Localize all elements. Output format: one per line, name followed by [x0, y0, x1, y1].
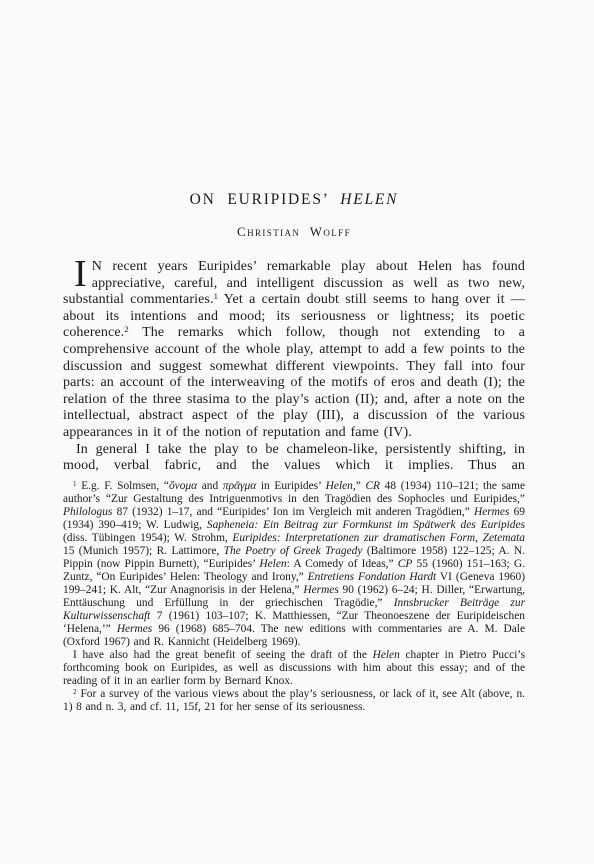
text-run: πρᾶγμα [223, 480, 256, 492]
text-run: CP [398, 558, 413, 570]
text-run: CR [365, 480, 380, 492]
text-run: The remarks which follow, though not ext… [63, 325, 525, 440]
text-run: ON EURIPIDES’ [190, 191, 341, 208]
text-run: Sapheneia: Ein Beitrag zur Formkunst im … [207, 519, 525, 531]
text-run: : A Comedy of Ideas,” [287, 558, 398, 570]
text-run: Helen [326, 480, 353, 492]
text-run: The Poetry of Greek Tragedy [224, 545, 363, 557]
opening-paragraph-text: N recent years Euripides’ remarkable pla… [63, 259, 525, 440]
footnote-2: 2 For a survey of the various views abou… [63, 688, 525, 714]
text-run: Entretiens Fondation Hardt [308, 571, 437, 583]
footnote-1: 1 E.g. F. Solmsen, “ὄνομα and πρᾶγμα in … [63, 480, 525, 649]
text-run: Hermes [117, 623, 152, 635]
opening-paragraph: IN recent years Euripides’ remarkable pl… [63, 259, 525, 442]
drop-cap: I [74, 259, 92, 288]
text-run: Philologus [63, 506, 112, 518]
article-content: ON EURIPIDES’ HELEN Christian Wolff IN r… [63, 191, 525, 714]
author-name: Christian Wolff [63, 224, 525, 240]
text-run: Hermes [474, 506, 509, 518]
footnotes-block: 1 E.g. F. Solmsen, “ὄνομα and πρᾶγμα in … [63, 480, 525, 714]
text-run: HELEN [340, 191, 398, 208]
text-run: 2 [124, 324, 128, 334]
text-run: 1 [214, 291, 218, 301]
text-run: Zetemata [483, 532, 525, 544]
scanned-journal-page: ON EURIPIDES’ HELEN Christian Wolff IN r… [0, 0, 594, 864]
text-run: E.g. F. Solmsen, “ [77, 480, 169, 492]
article-title: ON EURIPIDES’ HELEN [63, 191, 525, 209]
text-run: Hermes [303, 584, 338, 596]
text-run: ,” [353, 480, 366, 492]
text-run: 1 [73, 480, 77, 488]
text-run: ὄνομα [169, 480, 197, 492]
text-run: , [475, 532, 482, 544]
footnote-1-continuation: I have also had the great benefit of see… [63, 649, 525, 688]
text-run: 15 (Munich 1957); R. Lattimore, [63, 545, 224, 557]
text-run: in Euripides’ [256, 480, 325, 492]
text-run: and [197, 480, 223, 492]
second-paragraph: In general I take the play to be chamele… [63, 442, 525, 475]
text-run: I have also had the great benefit of see… [73, 649, 373, 661]
text-run: 87 (1932) 1–17, and “Euripides’ Ion im V… [112, 506, 474, 518]
text-run: 2 [73, 688, 77, 696]
text-run: Helen [373, 649, 400, 661]
text-run: In general I take the play to be chamele… [63, 442, 525, 474]
text-run: Euripides: Interpretationen zur dramatis… [232, 532, 475, 544]
text-run: For a survey of the various views about … [63, 688, 525, 713]
text-run: (diss. Tübingen 1954); W. Strohm, [63, 532, 232, 544]
article-body: IN recent years Euripides’ remarkable pl… [63, 259, 525, 475]
text-run: Helen [259, 558, 286, 570]
